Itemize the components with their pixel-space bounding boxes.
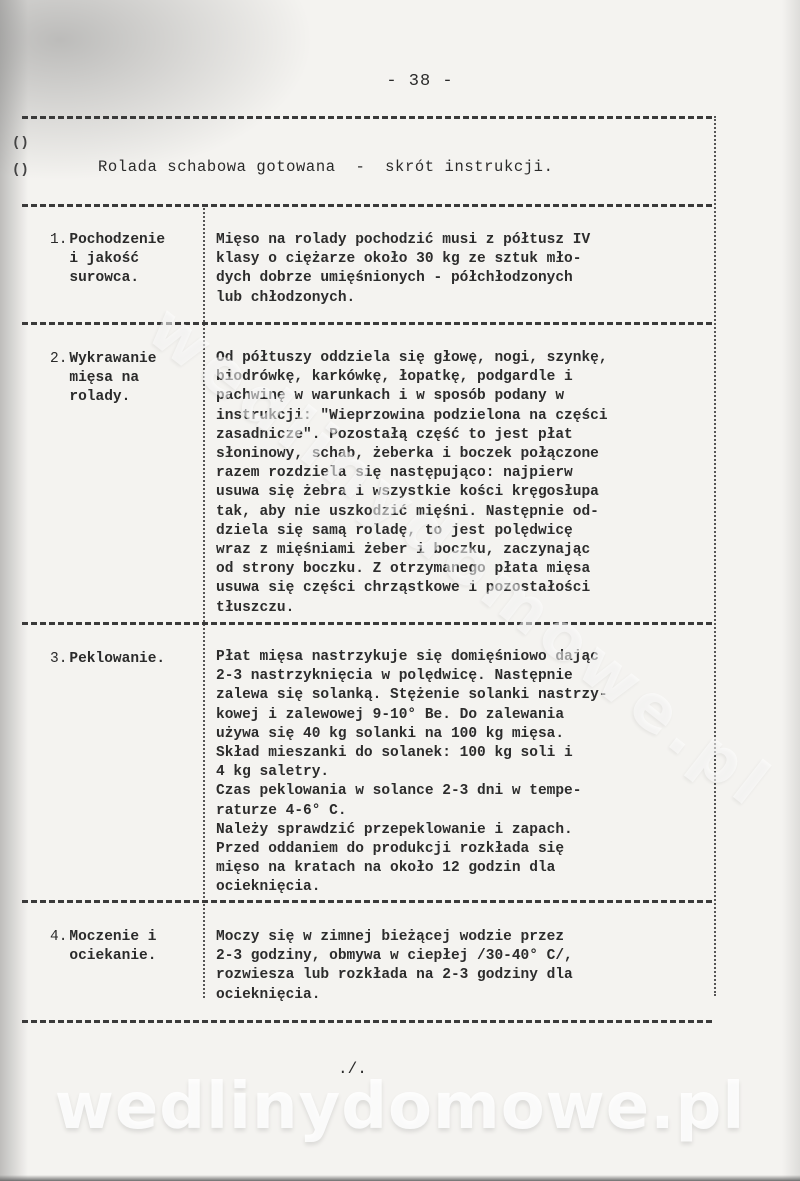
section-label-text: Peklowanie. [69,650,165,669]
table-top-rule [22,116,712,119]
section-text: Mięso na rolady pochodzić musi z półtusz… [216,231,716,308]
section-label: 3.Peklowanie. [50,650,200,669]
row-divider [22,622,712,625]
section-text: Moczy się w zimnej bieżącej wodzie przez… [216,928,716,1005]
title-divider [22,204,712,207]
page-number: - 38 - [0,72,800,91]
document-title: Rolada schabowa gotowana - skrót instruk… [98,158,553,176]
watermark: wedlinydomowe.pl [0,1070,800,1144]
section-number: 3. [50,651,67,667]
section-label-text: Moczenie i ociekanie. [69,928,156,966]
section-number: 1. [50,232,67,248]
binding-hole-mark: () [12,162,29,178]
section-label: 4.Moczenie i ociekanie. [50,928,200,966]
section-label-text: Wykrawanie mięsa na rolady. [69,350,156,407]
scan-edge [0,1175,800,1181]
section-number: 2. [50,351,67,367]
table-bottom-rule [22,1020,712,1023]
binding-hole-mark: () [12,135,29,151]
row-divider [22,900,712,903]
section-number: 4. [50,929,67,945]
